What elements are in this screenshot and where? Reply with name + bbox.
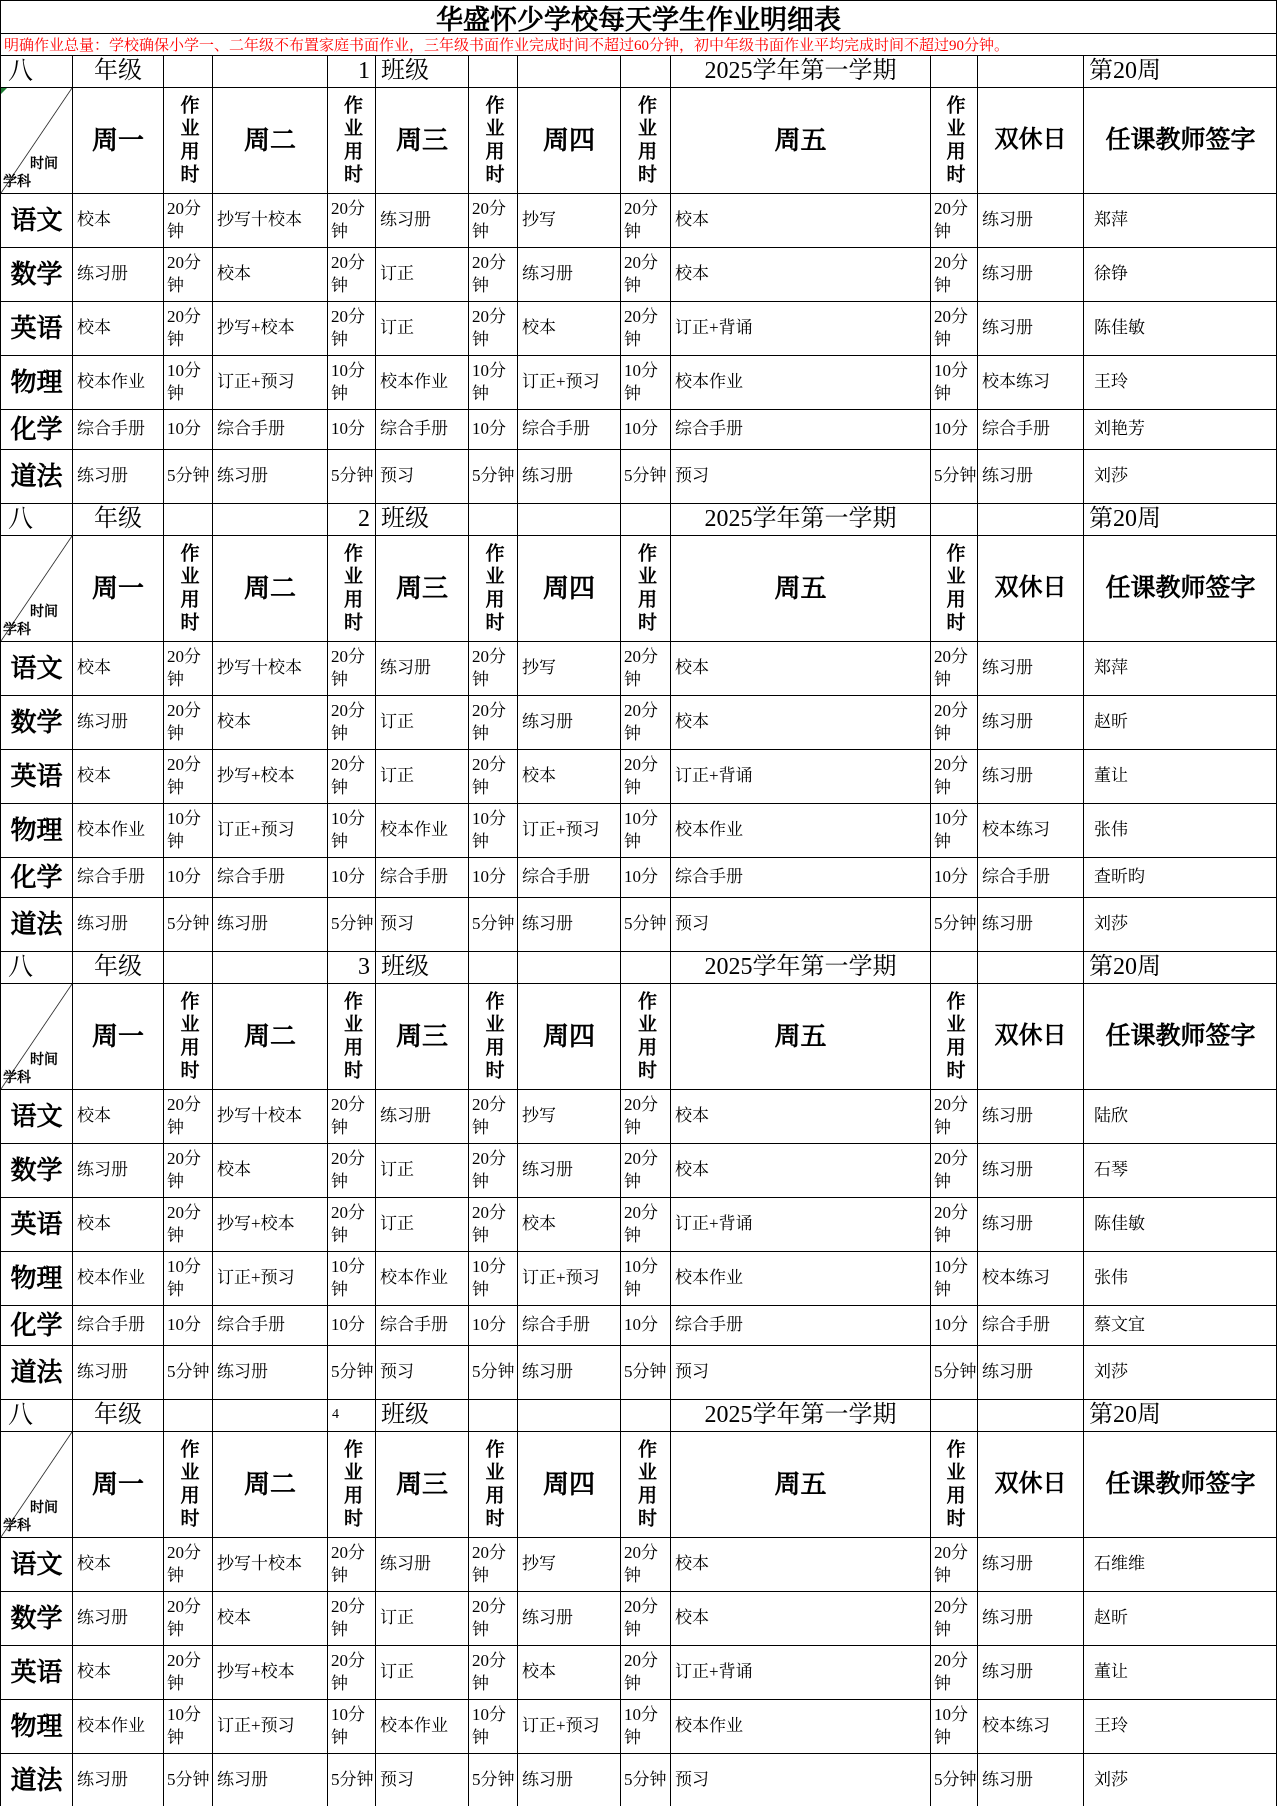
homework-cell: 综合手册 <box>518 410 621 450</box>
day-header-cell: 周四 <box>518 536 621 642</box>
duration-header-cell: 作业用时 <box>469 88 518 194</box>
duration-cell: 10分钟 <box>469 1700 518 1754</box>
weekend-homework-cell: 练习册 <box>978 194 1084 248</box>
duration-header-cell: 作业用时 <box>621 536 671 642</box>
homework-cell: 练习册 <box>518 898 621 952</box>
duration-header-cell: 作业用时 <box>328 1432 376 1538</box>
homework-cell: 综合手册 <box>376 1306 469 1346</box>
weekend-homework-cell: 练习册 <box>978 1198 1084 1252</box>
subject-row: 英语校本20分钟抄写+校本20分钟订正20分钟校本20分钟订正+背诵20分钟练习… <box>1 302 1276 356</box>
empty-cell <box>518 1400 621 1432</box>
day-header-cell: 周三 <box>376 536 469 642</box>
duration-header-text: 作业用时 <box>636 543 655 635</box>
duration-cell: 10分钟 <box>328 1252 376 1306</box>
duration-cell: 20分钟 <box>469 1144 518 1198</box>
homework-cell: 抄写+校本 <box>213 1198 328 1252</box>
duration-cell: 20分钟 <box>469 750 518 804</box>
empty-cell <box>978 56 1084 88</box>
duration-cell: 20分钟 <box>328 194 376 248</box>
homework-cell: 综合手册 <box>671 1306 931 1346</box>
homework-cell: 练习册 <box>73 248 164 302</box>
homework-cell: 综合手册 <box>213 1306 328 1346</box>
duration-cell: 10分钟 <box>164 356 213 410</box>
week-cell: 第20周 <box>1084 504 1277 536</box>
weekend-homework-cell: 练习册 <box>978 1144 1084 1198</box>
day-header-cell: 周二 <box>213 1432 328 1538</box>
duration-header-cell: 作业用时 <box>621 88 671 194</box>
teacher-signature-cell: 蔡文宜 <box>1084 1306 1277 1346</box>
empty-cell <box>164 56 213 88</box>
homework-cell: 练习册 <box>376 194 469 248</box>
subject-row: 物理校本作业10分钟订正+预习10分钟校本作业10分钟订正+预习10分钟校本作业… <box>1 356 1276 410</box>
duration-header-text: 作业用时 <box>636 991 655 1083</box>
duration-cell: 10分 <box>469 1306 518 1346</box>
subject-row: 化学综合手册10分综合手册10分综合手册10分综合手册10分综合手册10分综合手… <box>1 1306 1276 1346</box>
grade-label-cell: 年级 <box>73 1400 164 1432</box>
duration-cell: 20分钟 <box>621 248 671 302</box>
empty-cell <box>978 952 1084 984</box>
duration-cell: 20分钟 <box>328 1592 376 1646</box>
weekend-homework-cell: 校本练习 <box>978 356 1084 410</box>
day-header-cell: 周三 <box>376 984 469 1090</box>
homework-cell: 预习 <box>671 1754 931 1806</box>
class-info-row: 八年级2班级2025学年第一学期第20周 <box>1 504 1276 536</box>
empty-cell <box>469 952 518 984</box>
homework-cell: 抄写 <box>518 1090 621 1144</box>
duration-cell: 5分钟 <box>931 1754 978 1806</box>
teacher-signature-cell: 查昕昀 <box>1084 858 1277 898</box>
empty-cell <box>213 504 328 536</box>
weekend-homework-cell: 练习册 <box>978 1346 1084 1400</box>
weekend-homework-cell: 练习册 <box>978 898 1084 952</box>
duration-header-cell: 作业用时 <box>164 536 213 642</box>
duration-cell: 10分钟 <box>328 1700 376 1754</box>
homework-cell: 抄写+校本 <box>213 302 328 356</box>
weekend-homework-cell: 练习册 <box>978 696 1084 750</box>
subject-label-cell: 道法 <box>1 1346 73 1400</box>
empty-cell <box>164 1400 213 1432</box>
subject-label-cell: 物理 <box>1 804 73 858</box>
homework-cell: 练习册 <box>213 1346 328 1400</box>
duration-cell: 10分 <box>328 858 376 898</box>
duration-cell: 10分 <box>164 858 213 898</box>
weekend-header-cell: 双休日 <box>978 536 1084 642</box>
duration-header-cell: 作业用时 <box>931 1432 978 1538</box>
subject-label-cell: 物理 <box>1 1700 73 1754</box>
homework-cell: 订正 <box>376 248 469 302</box>
duration-cell: 10分 <box>164 1306 213 1346</box>
homework-cell: 校本 <box>671 1144 931 1198</box>
homework-cell: 练习册 <box>376 1090 469 1144</box>
homework-cell: 预习 <box>376 898 469 952</box>
corner-time-label: 时间 <box>30 605 58 622</box>
duration-cell: 5分钟 <box>931 450 978 504</box>
corner-time-label: 时间 <box>30 1501 58 1518</box>
subject-row: 数学练习册20分钟校本20分钟订正20分钟练习册20分钟校本20分钟练习册赵昕 <box>1 696 1276 750</box>
weekend-homework-cell: 练习册 <box>978 1538 1084 1592</box>
duration-cell: 20分钟 <box>621 1198 671 1252</box>
duration-header-text: 作业用时 <box>342 1439 361 1531</box>
duration-cell: 10分钟 <box>469 356 518 410</box>
empty-cell <box>164 504 213 536</box>
subject-row: 物理校本作业10分钟订正+预习10分钟校本作业10分钟订正+预习10分钟校本作业… <box>1 804 1276 858</box>
duration-cell: 20分钟 <box>469 1592 518 1646</box>
title-row: 华盛怀少学校每天学生作业明细表 <box>1 1 1276 34</box>
duration-cell: 20分钟 <box>931 248 978 302</box>
duration-cell: 20分钟 <box>621 1592 671 1646</box>
homework-cell: 订正+预习 <box>213 804 328 858</box>
empty-cell <box>931 504 978 536</box>
day-header-cell: 周五 <box>671 1432 931 1538</box>
teacher-signature-cell: 郑萍 <box>1084 642 1277 696</box>
homework-cell: 校本 <box>213 1592 328 1646</box>
subject-label-cell: 化学 <box>1 410 73 450</box>
teacher-signature-cell: 陈佳敏 <box>1084 1198 1277 1252</box>
subject-label-cell: 道法 <box>1 1754 73 1806</box>
duration-header-text: 作业用时 <box>484 95 503 187</box>
empty-cell <box>213 1400 328 1432</box>
weekend-homework-cell: 校本练习 <box>978 804 1084 858</box>
homework-cell: 校本 <box>213 1144 328 1198</box>
homework-cell: 订正+背诵 <box>671 1198 931 1252</box>
duration-cell: 20分钟 <box>931 750 978 804</box>
weekend-homework-cell: 综合手册 <box>978 410 1084 450</box>
subject-label-cell: 英语 <box>1 1646 73 1700</box>
duration-header-text: 作业用时 <box>945 95 964 187</box>
duration-cell: 20分钟 <box>328 642 376 696</box>
duration-cell: 20分钟 <box>931 1538 978 1592</box>
teacher-signature-cell: 刘艳芳 <box>1084 410 1277 450</box>
class-info-row: 八年级1班级2025学年第一学期第20周 <box>1 56 1276 88</box>
homework-cell: 综合手册 <box>671 410 931 450</box>
homework-cell: 校本 <box>671 1592 931 1646</box>
homework-cell: 预习 <box>376 450 469 504</box>
homework-cell: 订正+背诵 <box>671 1646 931 1700</box>
duration-cell: 10分钟 <box>164 1252 213 1306</box>
homework-cell: 练习册 <box>73 1144 164 1198</box>
homework-cell: 综合手册 <box>376 410 469 450</box>
teacher-signature-cell: 董让 <box>1084 1646 1277 1700</box>
subject-label-cell: 语文 <box>1 194 73 248</box>
duration-cell: 20分钟 <box>469 1198 518 1252</box>
duration-cell: 20分钟 <box>621 1538 671 1592</box>
homework-cell: 练习册 <box>73 1754 164 1806</box>
weekend-header-cell: 双休日 <box>978 984 1084 1090</box>
duration-cell: 5分钟 <box>621 1754 671 1806</box>
day-header-cell: 周五 <box>671 536 931 642</box>
teacher-signature-cell: 石维维 <box>1084 1538 1277 1592</box>
duration-cell: 10分 <box>469 858 518 898</box>
subject-label-cell: 物理 <box>1 356 73 410</box>
homework-cell: 练习册 <box>213 898 328 952</box>
homework-cell: 预习 <box>376 1754 469 1806</box>
duration-header-text: 作业用时 <box>484 543 503 635</box>
subject-label-cell: 道法 <box>1 898 73 952</box>
duration-cell: 5分钟 <box>931 898 978 952</box>
homework-cell: 校本作业 <box>73 1700 164 1754</box>
subtitle-row: 明确作业总量：学校确保小学一、二年级不布置家庭书面作业，三年级书面作业完成时间不… <box>1 34 1276 56</box>
duration-cell: 20分钟 <box>621 1646 671 1700</box>
class-number-cell: 3 <box>328 952 376 984</box>
homework-cell: 综合手册 <box>518 858 621 898</box>
signature-header-cell: 任课教师签字 <box>1084 88 1277 194</box>
duration-cell: 20分钟 <box>328 1144 376 1198</box>
duration-cell: 20分钟 <box>931 1090 978 1144</box>
corner-time-label: 时间 <box>30 1053 58 1070</box>
duration-cell: 20分钟 <box>931 1592 978 1646</box>
homework-cell: 抄写十校本 <box>213 642 328 696</box>
duration-header-text: 作业用时 <box>484 991 503 1083</box>
class-section-3: 八年级3班级2025学年第一学期第20周时间学科周一作业用时周二作业用时周三作业… <box>1 952 1276 1400</box>
subject-label-cell: 物理 <box>1 1252 73 1306</box>
duration-header-text: 作业用时 <box>179 95 198 187</box>
subject-label-cell: 语文 <box>1 1090 73 1144</box>
duration-header-text: 作业用时 <box>342 543 361 635</box>
duration-cell: 5分钟 <box>164 450 213 504</box>
duration-cell: 10分钟 <box>621 804 671 858</box>
duration-header-text: 作业用时 <box>636 95 655 187</box>
subject-row: 英语校本20分钟抄写+校本20分钟订正20分钟校本20分钟订正+背诵20分钟练习… <box>1 1198 1276 1252</box>
duration-cell: 5分钟 <box>469 1754 518 1806</box>
duration-cell: 20分钟 <box>164 1592 213 1646</box>
homework-cell: 综合手册 <box>213 410 328 450</box>
empty-cell <box>469 1400 518 1432</box>
homework-cell: 抄写 <box>518 642 621 696</box>
homework-cell: 订正 <box>376 302 469 356</box>
teacher-signature-cell: 张伟 <box>1084 804 1277 858</box>
homework-cell: 校本 <box>73 194 164 248</box>
duration-cell: 5分钟 <box>621 898 671 952</box>
subject-row: 道法练习册5分钟练习册5分钟预习5分钟练习册5分钟预习5分钟练习册刘莎 <box>1 898 1276 952</box>
empty-cell <box>978 1400 1084 1432</box>
homework-cell: 订正 <box>376 696 469 750</box>
corner-subject-label: 学科 <box>3 1071 31 1088</box>
day-header-cell: 周二 <box>213 88 328 194</box>
duration-header-cell: 作业用时 <box>328 536 376 642</box>
time-subject-corner-cell: 时间学科 <box>1 536 73 642</box>
subject-row: 语文校本20分钟抄写十校本20分钟练习册20分钟抄写20分钟校本20分钟练习册郑… <box>1 642 1276 696</box>
weekend-header-cell: 双休日 <box>978 1432 1084 1538</box>
homework-cell: 练习册 <box>376 1538 469 1592</box>
page-title: 华盛怀少学校每天学生作业明细表 <box>436 0 841 37</box>
subject-label-cell: 道法 <box>1 450 73 504</box>
day-header-cell: 周四 <box>518 1432 621 1538</box>
homework-cell: 校本 <box>671 696 931 750</box>
signature-header-cell: 任课教师签字 <box>1084 536 1277 642</box>
weekend-homework-cell: 练习册 <box>978 1646 1084 1700</box>
table-header-row: 时间学科周一作业用时周二作业用时周三作业用时周四作业用时周五作业用时双休日任课教… <box>1 536 1276 642</box>
homework-cell: 校本作业 <box>671 804 931 858</box>
duration-cell: 10分钟 <box>328 804 376 858</box>
duration-cell: 20分钟 <box>164 1538 213 1592</box>
duration-cell: 5分钟 <box>931 1346 978 1400</box>
duration-cell: 5分钟 <box>469 450 518 504</box>
duration-cell: 20分钟 <box>328 1538 376 1592</box>
homework-cell: 校本作业 <box>376 1700 469 1754</box>
duration-header-cell: 作业用时 <box>164 1432 213 1538</box>
duration-cell: 20分钟 <box>328 696 376 750</box>
duration-cell: 20分钟 <box>164 1646 213 1700</box>
homework-cell: 练习册 <box>376 642 469 696</box>
homework-cell: 练习册 <box>518 1592 621 1646</box>
homework-cell: 订正 <box>376 750 469 804</box>
duration-cell: 5分钟 <box>328 1346 376 1400</box>
duration-cell: 10分钟 <box>469 1252 518 1306</box>
class-sections-container: 八年级1班级2025学年第一学期第20周时间学科周一作业用时周二作业用时周三作业… <box>1 56 1276 1806</box>
empty-cell <box>213 952 328 984</box>
homework-worksheet: 华盛怀少学校每天学生作业明细表 明确作业总量：学校确保小学一、二年级不布置家庭书… <box>0 0 1277 1806</box>
class-info-row: 八年级3班级2025学年第一学期第20周 <box>1 952 1276 984</box>
duration-cell: 20分钟 <box>469 696 518 750</box>
teacher-signature-cell: 赵昕 <box>1084 1592 1277 1646</box>
teacher-signature-cell: 赵昕 <box>1084 696 1277 750</box>
duration-cell: 10分钟 <box>621 1252 671 1306</box>
homework-cell: 订正+背诵 <box>671 750 931 804</box>
homework-cell: 校本 <box>518 302 621 356</box>
class-label-cell: 班级 <box>376 56 469 88</box>
duration-cell: 20分钟 <box>469 1090 518 1144</box>
duration-cell: 10分 <box>931 858 978 898</box>
homework-cell: 校本 <box>671 1538 931 1592</box>
time-subject-corner-cell: 时间学科 <box>1 88 73 194</box>
homework-cell: 练习册 <box>73 696 164 750</box>
duration-cell: 10分钟 <box>621 1700 671 1754</box>
homework-cell: 练习册 <box>73 898 164 952</box>
duration-cell: 20分钟 <box>621 302 671 356</box>
teacher-signature-cell: 刘莎 <box>1084 1346 1277 1400</box>
homework-cell: 校本 <box>73 642 164 696</box>
subject-label-cell: 英语 <box>1 750 73 804</box>
homework-cell: 订正+预习 <box>213 356 328 410</box>
empty-cell <box>518 56 621 88</box>
weekend-homework-cell: 综合手册 <box>978 1306 1084 1346</box>
teacher-signature-cell: 郑萍 <box>1084 194 1277 248</box>
homework-cell: 订正+预习 <box>518 1700 621 1754</box>
subject-label-cell: 化学 <box>1 858 73 898</box>
duration-cell: 20分钟 <box>621 1144 671 1198</box>
homework-cell: 订正 <box>376 1646 469 1700</box>
homework-cell: 校本 <box>213 248 328 302</box>
homework-cell: 练习册 <box>73 1592 164 1646</box>
subject-row: 语文校本20分钟抄写十校本20分钟练习册20分钟抄写20分钟校本20分钟练习册陆… <box>1 1090 1276 1144</box>
subject-label-cell: 英语 <box>1 302 73 356</box>
homework-cell: 校本作业 <box>671 1252 931 1306</box>
teacher-signature-cell: 陈佳敏 <box>1084 302 1277 356</box>
homework-cell: 校本 <box>671 642 931 696</box>
homework-cell: 校本 <box>73 1646 164 1700</box>
homework-cell: 校本 <box>73 1090 164 1144</box>
subject-label-cell: 语文 <box>1 642 73 696</box>
class-label-cell: 班级 <box>376 504 469 536</box>
homework-cell: 校本作业 <box>73 356 164 410</box>
duration-header-text: 作业用时 <box>945 991 964 1083</box>
duration-cell: 20分钟 <box>164 1198 213 1252</box>
homework-cell: 订正+预习 <box>518 1252 621 1306</box>
duration-cell: 5分钟 <box>621 450 671 504</box>
table-header-row: 时间学科周一作业用时周二作业用时周三作业用时周四作业用时周五作业用时双休日任课教… <box>1 1432 1276 1538</box>
duration-cell: 10分钟 <box>469 804 518 858</box>
empty-cell <box>621 504 671 536</box>
duration-cell: 20分钟 <box>164 248 213 302</box>
empty-cell <box>164 952 213 984</box>
class-section-2: 八年级2班级2025学年第一学期第20周时间学科周一作业用时周二作业用时周三作业… <box>1 504 1276 952</box>
duration-cell: 10分 <box>328 410 376 450</box>
subject-row: 语文校本20分钟抄写十校本20分钟练习册20分钟抄写20分钟校本20分钟练习册石… <box>1 1538 1276 1592</box>
grade-cell: 八 <box>1 1400 73 1432</box>
teacher-signature-cell: 张伟 <box>1084 1252 1277 1306</box>
homework-cell: 校本作业 <box>73 1252 164 1306</box>
duration-cell: 20分钟 <box>328 1198 376 1252</box>
duration-cell: 10分 <box>621 1306 671 1346</box>
duration-header-text: 作业用时 <box>342 991 361 1083</box>
day-header-cell: 周一 <box>73 536 164 642</box>
duration-cell: 10分钟 <box>931 1700 978 1754</box>
week-cell: 第20周 <box>1084 1400 1277 1432</box>
homework-cell: 校本 <box>73 750 164 804</box>
homework-cell: 抄写十校本 <box>213 194 328 248</box>
duration-header-cell: 作业用时 <box>328 984 376 1090</box>
weekend-homework-cell: 练习册 <box>978 1754 1084 1806</box>
homework-cell: 订正 <box>376 1144 469 1198</box>
corner-subject-label: 学科 <box>3 1519 31 1536</box>
day-header-cell: 周二 <box>213 536 328 642</box>
corner-subject-label: 学科 <box>3 623 31 640</box>
homework-cell: 练习册 <box>73 1346 164 1400</box>
duration-cell: 20分钟 <box>621 642 671 696</box>
duration-cell: 20分钟 <box>931 1198 978 1252</box>
duration-cell: 10分 <box>621 410 671 450</box>
duration-cell: 10分钟 <box>931 356 978 410</box>
homework-cell: 练习册 <box>518 1754 621 1806</box>
duration-header-cell: 作业用时 <box>328 88 376 194</box>
teacher-signature-cell: 徐铮 <box>1084 248 1277 302</box>
week-cell: 第20周 <box>1084 952 1277 984</box>
homework-cell: 练习册 <box>73 450 164 504</box>
homework-cell: 综合手册 <box>376 858 469 898</box>
homework-cell: 预习 <box>671 1346 931 1400</box>
duration-cell: 20分钟 <box>164 194 213 248</box>
duration-cell: 20分钟 <box>621 1090 671 1144</box>
day-header-cell: 周四 <box>518 88 621 194</box>
class-info-row: 八年级4班级2025学年第一学期第20周 <box>1 1400 1276 1432</box>
class-number-cell: 2 <box>328 504 376 536</box>
homework-cell: 校本作业 <box>671 356 931 410</box>
duration-cell: 20分钟 <box>621 194 671 248</box>
homework-cell: 校本 <box>671 194 931 248</box>
class-section-4: 八年级4班级2025学年第一学期第20周时间学科周一作业用时周二作业用时周三作业… <box>1 1400 1276 1806</box>
duration-header-text: 作业用时 <box>342 95 361 187</box>
homework-cell: 综合手册 <box>73 1306 164 1346</box>
duration-header-text: 作业用时 <box>636 1439 655 1531</box>
empty-cell <box>469 504 518 536</box>
subject-row: 道法练习册5分钟练习册5分钟预习5分钟练习册5分钟预习5分钟练习册刘莎 <box>1 450 1276 504</box>
table-header-row: 时间学科周一作业用时周二作业用时周三作业用时周四作业用时周五作业用时双休日任课教… <box>1 984 1276 1090</box>
homework-cell: 校本作业 <box>671 1700 931 1754</box>
time-subject-corner-cell: 时间学科 <box>1 984 73 1090</box>
homework-cell: 校本作业 <box>376 804 469 858</box>
homework-cell: 抄写+校本 <box>213 750 328 804</box>
class-label-cell: 班级 <box>376 952 469 984</box>
subject-row: 道法练习册5分钟练习册5分钟预习5分钟练习册5分钟预习5分钟练习册刘莎 <box>1 1754 1276 1806</box>
homework-cell: 练习册 <box>518 1346 621 1400</box>
time-subject-corner-cell: 时间学科 <box>1 1432 73 1538</box>
day-header-cell: 周一 <box>73 88 164 194</box>
weekend-homework-cell: 校本练习 <box>978 1700 1084 1754</box>
subject-row: 英语校本20分钟抄写+校本20分钟订正20分钟校本20分钟订正+背诵20分钟练习… <box>1 750 1276 804</box>
teacher-signature-cell: 王玲 <box>1084 356 1277 410</box>
duration-header-cell: 作业用时 <box>164 88 213 194</box>
duration-cell: 20分钟 <box>621 696 671 750</box>
